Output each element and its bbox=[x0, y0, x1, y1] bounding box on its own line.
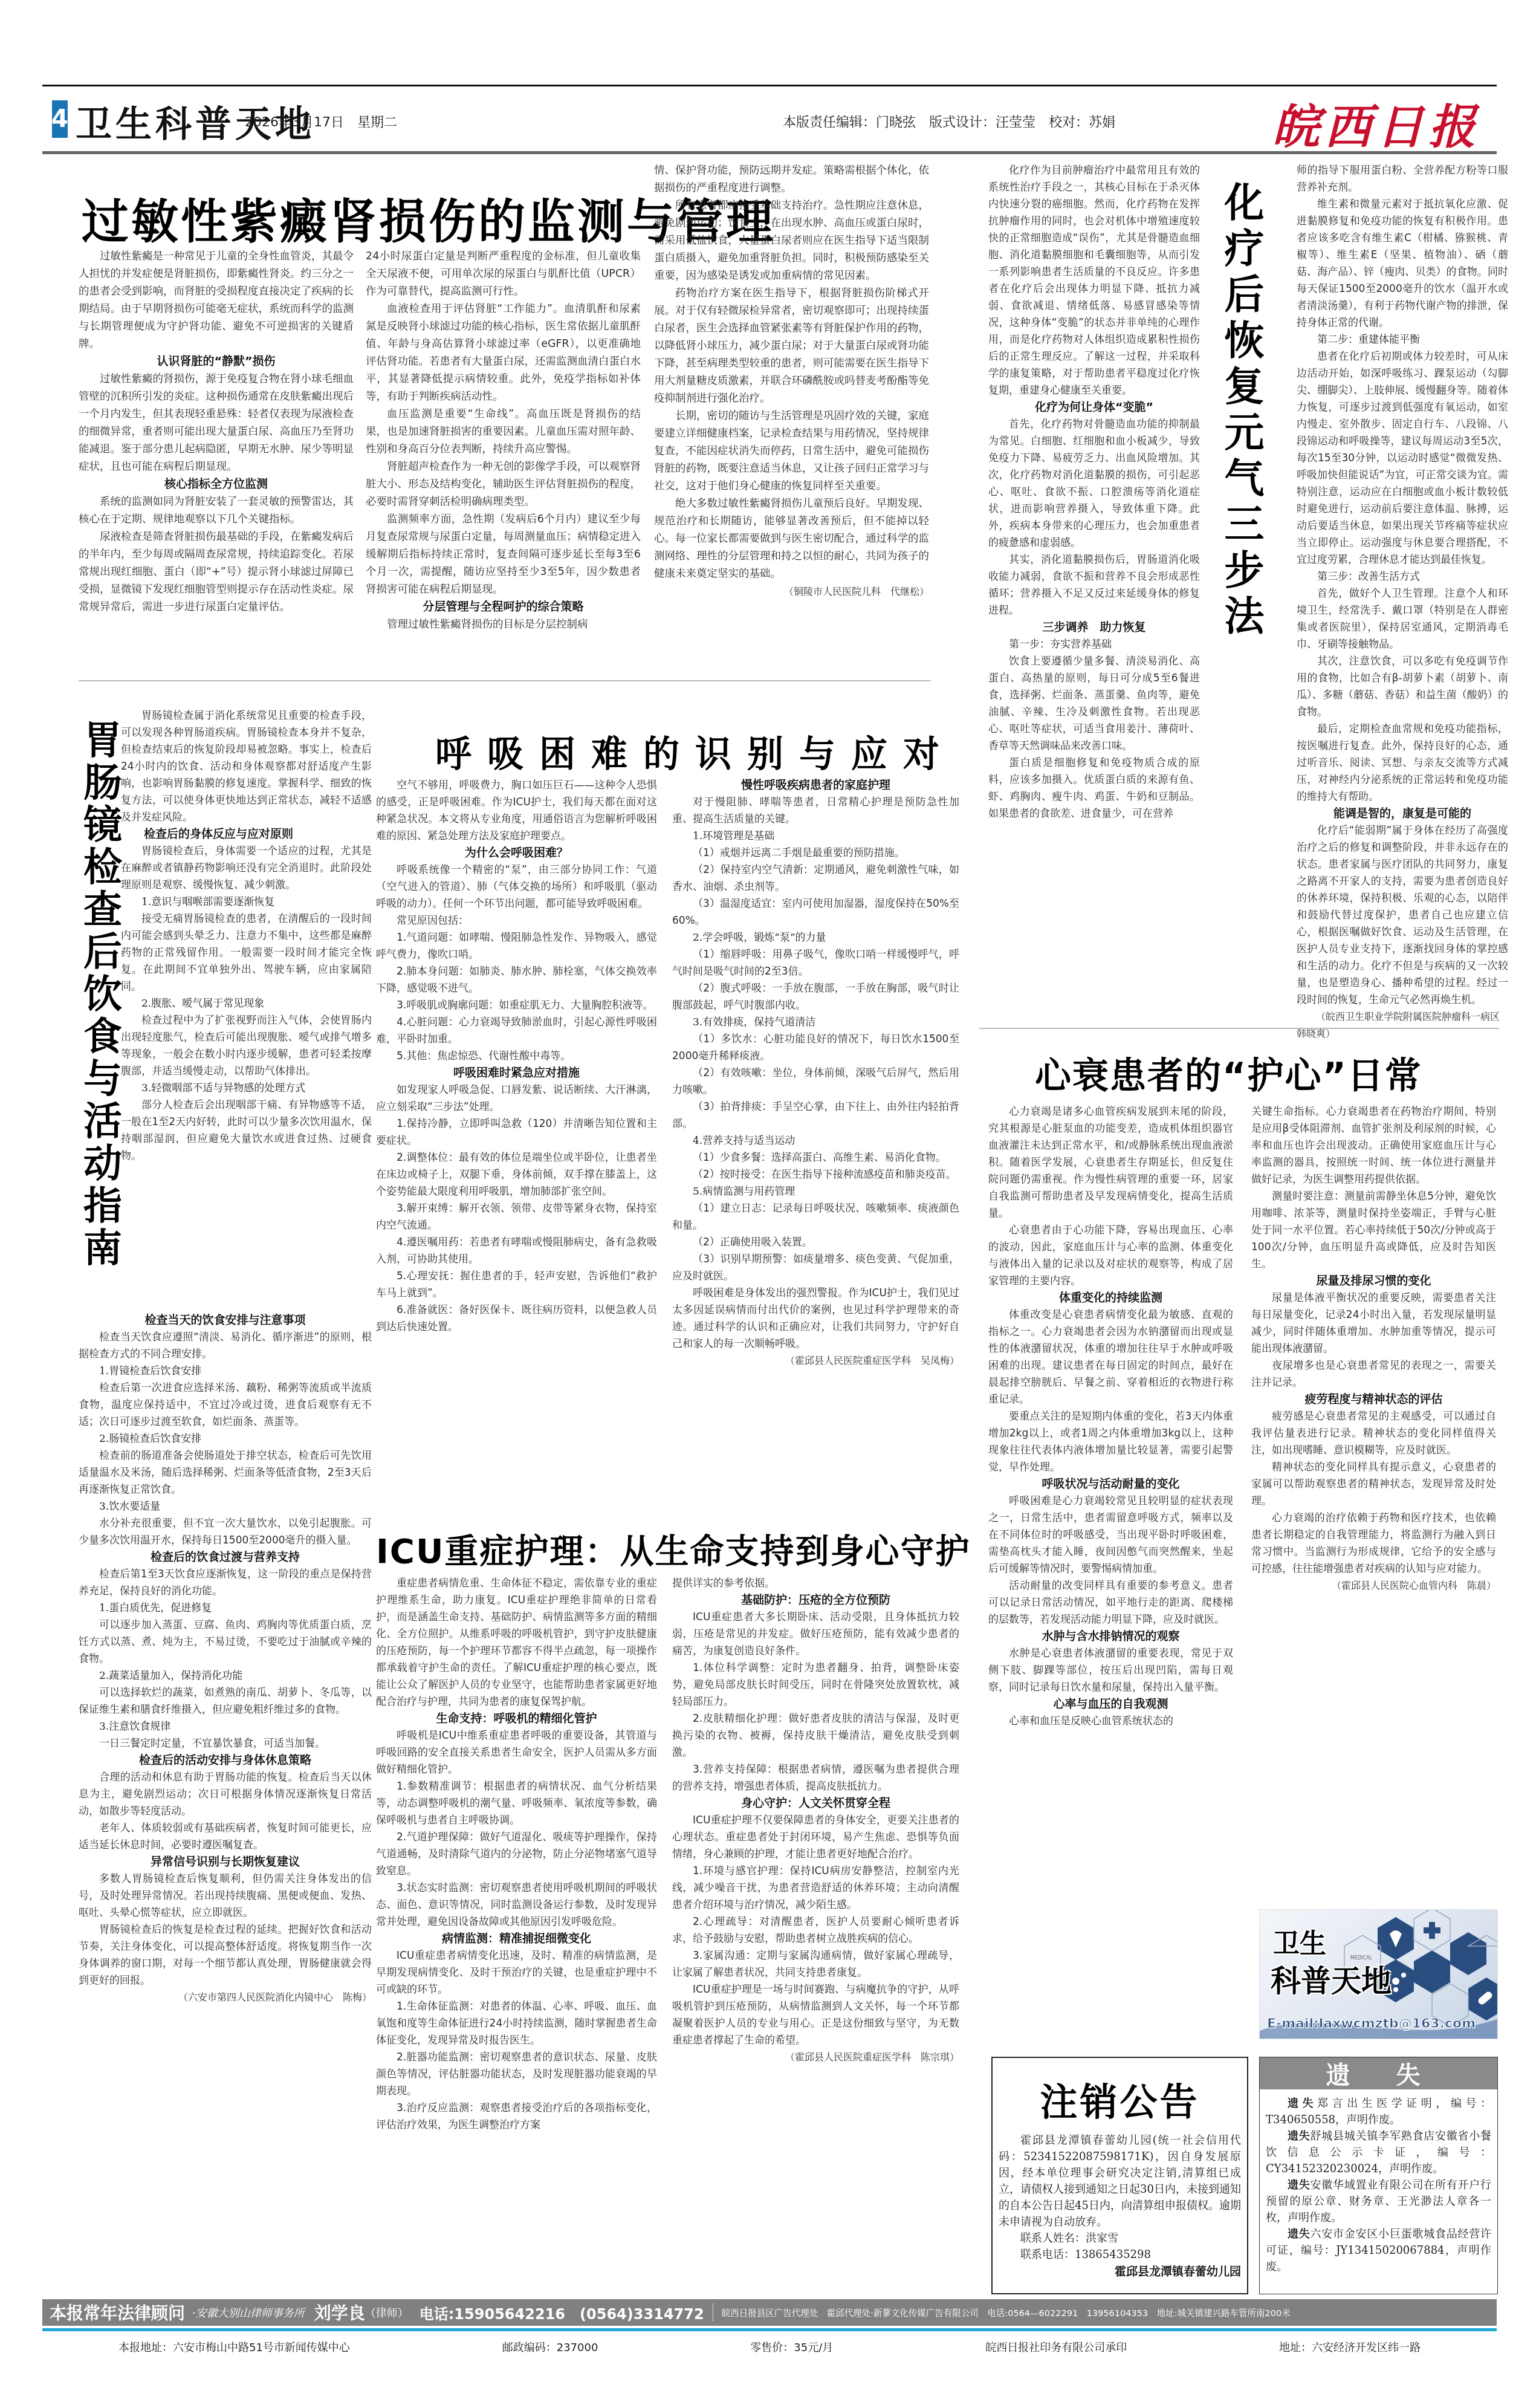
notice-title: 注销公告 bbox=[999, 2072, 1241, 2126]
subheading: 心率与血压的自我观测 bbox=[988, 1696, 1233, 1713]
paragraph: 2.心理疏导：对清醒患者，医护人员要耐心倾听患者诉求，给予鼓励与安慰，帮助患者树… bbox=[672, 1913, 959, 1947]
paragraph: 化疗作为目前肿瘤治疗中最常用且有效的系统性治疗手段之一，其核心目标在于杀灭体内快… bbox=[988, 162, 1200, 399]
byline: （铜陵市人民医院儿科 代继松） bbox=[654, 583, 929, 600]
subheading: 认识肾脏的“静默”损伤 bbox=[79, 353, 354, 371]
article3-body-lower: 检查当天的饮食安排与注意事项 检查当天饮食应遵照“清淡、易消化、循序渐进”的原则… bbox=[79, 1312, 372, 2006]
paragraph: （2）按时接受：在医生指导下接种流感疫苗和肺炎疫苗。 bbox=[672, 1166, 959, 1183]
footer-price: 零售价：35元/月 bbox=[750, 2339, 833, 2355]
step-heading: 3.有效排痰，保持气道清洁 bbox=[672, 1014, 959, 1031]
step-heading: 1.意识与咽喉部需要逐渐恢复 bbox=[121, 894, 372, 910]
byline: （霍邱县人民医院重症医学科 陈宗琪） bbox=[672, 2049, 959, 2066]
section-divider bbox=[979, 1028, 1499, 1029]
paragraph: 一日三餐定时定量，不宜暴饮暴食，可适当加餐。 bbox=[79, 1735, 372, 1752]
footer-info-row: 本报地址：六安市梅山中路51号市新闻传媒中心 邮政编码：237000 零售价：3… bbox=[42, 2335, 1497, 2359]
byline: （皖西卫生职业学院附属医院肿瘤科一病区 韩晓爽） bbox=[1297, 1008, 1508, 1042]
step-heading: 2.肠镜检查后饮食安排 bbox=[79, 1430, 372, 1447]
paragraph: 水肿是心衰患者体液潴留的重要表现，常见于双侧下肢、脚踝等部位，按压后出现凹陷，需… bbox=[988, 1645, 1233, 1696]
article6-col1: 心力衰竭是诸多心血管疾病发展到末尾的阶段，究其根源是心脏泵血的功能变差，造成机体… bbox=[988, 1103, 1233, 1730]
paragraph: 可以选择软烂的蔬菜，如煮熟的南瓜、胡萝卜、冬瓜等，以保证维生素和膳食纤维摄入，但… bbox=[79, 1684, 372, 1718]
notice-signature: 霍邱县龙潭镇春蕾幼儿园 bbox=[999, 2263, 1241, 2281]
step-heading: 1.胃镜检查后饮食安排 bbox=[79, 1363, 372, 1380]
paragraph: （2）保持室内空气清新：定期通风，避免刺激性气味，如香水、油烟、杀虫剂等。 bbox=[672, 862, 959, 895]
subheading: 三步调养 助力恢复 bbox=[988, 619, 1200, 636]
paragraph: 其实，消化道黏膜损伤后，胃肠道消化吸收能力减弱，食欲不振和营养不良会形成恶性循环… bbox=[988, 551, 1200, 619]
lawyer-title: （律师） bbox=[365, 2305, 409, 2320]
paragraph: （2）腹式呼吸：一手放在腹部，一手放在胸部，吸气时让腹部鼓起，呼气时腹部内收。 bbox=[672, 980, 959, 1014]
paragraph: 呼吸系统像一个精密的“泵”，由三部分协同工作：气道（空气进入的管道）、肺（气体交… bbox=[376, 862, 657, 912]
article1-col3-text: 情、保护肾功能，预防远期并发症。策略需根据个体化，依据损伤的严重程度进行调整。 … bbox=[654, 162, 929, 600]
article5-col1: 重症患者病情危重、生命体征不稳定，需依靠专业的重症护理维系生命，助力康复。ICU… bbox=[376, 1575, 657, 2134]
paragraph: 2.皮肤精细化护理：做好患者皮肤的清洁与保湿，及时更换污染的衣物、被褥，保持皮肤… bbox=[672, 1710, 959, 1761]
editorial-credits: 本版责任编辑：门晓弦 版式设计：汪莹莹 校对：苏娟 bbox=[783, 112, 1115, 131]
issue-date: 2026年3月17日星期二 bbox=[245, 112, 397, 131]
paragraph: 夜尿增多也是心衰患者常见的表现之一，需要关注并记录。 bbox=[1251, 1357, 1496, 1391]
lost-lead: 遗失 bbox=[1288, 2097, 1317, 2110]
subheading: 生命支持：呼吸机的精细化管护 bbox=[376, 1710, 657, 1727]
step-heading: 第一步：夯实营养基础 bbox=[988, 636, 1200, 653]
lost-item: 遗失安徽华域置业有限公司在所有开户行预留的原公章、财务章、王光渺法人章各一枚，声… bbox=[1266, 2177, 1491, 2226]
paragraph: 心力衰竭的治疗依赖于药物和医疗技术，也依赖患者长期稳定的自我管理能力，将监测行为… bbox=[1251, 1510, 1496, 1577]
paragraph: （3）温湿度适宜：室内可使用加湿器，湿度保持在50%至60%。 bbox=[672, 895, 959, 929]
lost-item: 遗失六安市金安区小巨蛋歌城食品经营许可证，编号：JY13415020067884… bbox=[1266, 2226, 1491, 2275]
paragraph: （1）缩唇呼吸：用鼻子吸气，像吹口哨一样缓慢呼气，呼气时间是吸气时间的2至3倍。 bbox=[672, 946, 959, 980]
paragraph: 空气不够用，呼吸费力，胸口如压巨石——这种令人恐惧的感受，正是呼吸困难。作为IC… bbox=[376, 777, 657, 845]
paragraph: 心率和血压是反映心血管系统状态的 bbox=[988, 1713, 1233, 1730]
paragraph: 系统的监测如同为肾脏安装了一套灵敏的预警雷达，其核心在于定期、规律地观察以下几个… bbox=[79, 493, 354, 528]
paragraph: 对于慢阻肺、哮喘等患者，日常精心护理是预防急性加重、提高生活质量的关键。 bbox=[672, 794, 959, 828]
subheading: 化疗为何让身体“变脆” bbox=[988, 399, 1200, 416]
paragraph: 接受无痛胃肠镜检查的患者，在清醒后的一段时间内可能会感到头晕乏力、注意力不集中，… bbox=[121, 910, 372, 995]
legal-phone: 电话:15905642216 (0564)3314772 bbox=[420, 2302, 704, 2323]
paragraph: 过敏性紫癜的肾损伤，源于免疫复合物在肾小球毛细血管壁的沉积所引发的炎症。这种损伤… bbox=[79, 371, 354, 476]
paragraph: 血压监测是重要“生命线”。高血压既是肾损伤的结果，也是加速肾脏损害的重要因素。儿… bbox=[366, 406, 641, 458]
value: 13865435298 bbox=[1075, 2248, 1151, 2261]
paragraph: 胃肠镜检查后，身体需要一个适应的过程，尤其是在麻醉或者镇静药物影响还没有完全消退… bbox=[121, 843, 372, 894]
paragraph: ICU重症护理不仅要保障患者的身体安全，更要关注患者的心理状态。重症患者处于封闭… bbox=[672, 1812, 959, 1863]
article4-col2: 慢性呼吸疾病患者的家庭护理 对于慢阻肺、哮喘等患者，日常精心护理是预防急性加重、… bbox=[672, 777, 959, 1369]
paragraph: 如发现家人呼吸急促、口唇发紫、说话断续、大汗淋漓，应立刻采取“三步法”处理。 bbox=[376, 1082, 657, 1115]
paragraph: 心衰患者由于心功能下降，容易出现血压、心率的波动，因此，家庭血压计与心率的监测、… bbox=[988, 1222, 1233, 1290]
subheading: 身心守护：人文关怀贯穿全程 bbox=[672, 1795, 959, 1812]
paragraph: 患者在化疗后初期或体力较差时，可从床边活动开始，如深呼吸练习、踝泵运动（勾脚尖、… bbox=[1297, 348, 1508, 568]
paragraph: 活动耐量的改变同样具有重要的参考意义。患者可以记录日常活动情况，如平地行走的距离… bbox=[988, 1577, 1233, 1628]
subheading: 疲劳程度与精神状态的评估 bbox=[1251, 1391, 1496, 1408]
paragraph: 测量时要注意：测量前需静坐休息5分钟，避免饮用咖啡、浓茶等，测量时保持坐姿端正，… bbox=[1251, 1188, 1496, 1273]
paragraph: （3）识别早期预警：如痰量增多、痰色变黄、气促加重，应及时就医。 bbox=[672, 1251, 959, 1285]
subheading: 能调是智的，康复是可能的 bbox=[1297, 805, 1508, 822]
subheading: 检查当天的饮食安排与注意事项 bbox=[79, 1312, 372, 1329]
lost-items-notice: 遗 失 遗失郑言出生医学证明，编号：T340650558，声明作废。 遗失舒城县… bbox=[1259, 2057, 1498, 2294]
paragraph: 检查前的肠道准备会使肠道处于排空状态，检查后可先饮用适量温水及米汤，随后选择稀粥… bbox=[79, 1447, 372, 1498]
paragraph: （3）拍背排痰：手呈空心掌，由下往上、由外往内轻拍背部。 bbox=[672, 1099, 959, 1132]
subheading: 为什么会呼吸困难？ bbox=[376, 845, 657, 862]
paragraph: （2）有效咳嗽：坐位，身体前倾，深吸气后屏气，然后用力咳嗽。 bbox=[672, 1065, 959, 1099]
promo-email[interactable]: E-mail:laxwcmztb@163.com bbox=[1267, 2016, 1476, 2031]
subheading: 检查后的身体反应与应对原则 bbox=[121, 826, 372, 843]
paragraph: 2.肺本身问题：如肺炎、肺水肿、肺栓塞，气体交换效率下降，感觉吸不进气。 bbox=[376, 963, 657, 997]
article3-body: 胃肠镜检查属于消化系统常见且重要的检查手段，可以发现各种胃肠道疾病。胃肠镜检查本… bbox=[121, 707, 372, 1164]
article2-col2: 师的指导下服用蛋白粉、全营养配方粉等口服营养补充剂。 维生素和微量元素对于抵抗氧… bbox=[1297, 162, 1508, 1042]
legal-advisor-bar: 本报常年法律顾问 ·安徽大别山律师事务所 刘学良 （律师） 电话:1590564… bbox=[42, 2299, 1497, 2326]
paragraph: 疲劳感是心衰患者常见的主观感受，可以通过自我评估量表进行记录。精神状态的变化同样… bbox=[1251, 1408, 1496, 1459]
paragraph: 检查后第一次进食应选择米汤、藕粉、稀粥等流质或半流质食物，温度应保持适中，不宜过… bbox=[79, 1380, 372, 1430]
article1-col2: 24小时尿蛋白定量是判断严重程度的金标准，但儿童收集全天尿液不便，可用单次尿的尿… bbox=[366, 248, 641, 634]
footer-printer-address: 地址：六安经济开发区纬一路 bbox=[1279, 2339, 1421, 2355]
lost-lead: 遗失 bbox=[1288, 2179, 1311, 2192]
section-promo-banner: MEDICAL 卫生 科普天地 E-mail:laxwcmztb@163.com bbox=[1259, 1909, 1498, 2039]
paragraph: 胃肠镜检查属于消化系统常见且重要的检查手段，可以发现各种胃肠道疾病。胃肠镜检查本… bbox=[121, 707, 372, 826]
article3-title: 胃肠镜检查后饮食与活动指南 bbox=[71, 719, 127, 1384]
bar-separator bbox=[713, 2303, 713, 2322]
byline: （霍邱县人民医院心血管内科 陈晨） bbox=[1251, 1577, 1496, 1594]
subheading: 尿量及排尿习惯的变化 bbox=[1251, 1273, 1496, 1290]
subheading: 体重变化的持续监测 bbox=[988, 1290, 1233, 1306]
masthead-top-rule bbox=[42, 85, 1497, 86]
subheading: 水肿与含水排钠情况的观察 bbox=[988, 1628, 1233, 1645]
paragraph: 3.解开束缚：解开衣领、领带、皮带等紧身衣物，保持室内空气流通。 bbox=[376, 1200, 657, 1234]
step-heading: 3.轻微咽部不适与异物感的处理方式 bbox=[121, 1080, 372, 1097]
paragraph: 重症患者病情危重、生命体征不稳定，需依靠专业的重症护理维系生命，助力康复。ICU… bbox=[376, 1575, 657, 1710]
paragraph: 管理过敏性紫癜肾损伤的目标是分层控制病 bbox=[366, 616, 641, 634]
subheading: 检查后的活动安排与身体休息策略 bbox=[79, 1752, 372, 1769]
paragraph: 检查当天饮食应遵照“清淡、易消化、循序渐进”的原则，根据检查方式的不同合理安排。 bbox=[79, 1329, 372, 1363]
subheading: 基础防护：压疮的全方位预防 bbox=[672, 1592, 959, 1609]
paragraph: 尿液检查是筛查肾脏损伤最基础的手段，在紫癜发病后的半年内，至少每周或隔周查尿常规… bbox=[79, 528, 354, 616]
newspaper-logo: 皖西日报 bbox=[1272, 89, 1480, 157]
subheading: 慢性呼吸疾病患者的家庭护理 bbox=[672, 777, 959, 794]
page-number-badge: 4 bbox=[52, 100, 68, 138]
paragraph: 5.心理安抚：握住患者的手，轻声安慰，告诉他们“救护车马上就到”。 bbox=[376, 1268, 657, 1302]
article2-title: 化疗后恢复元气三步法 bbox=[1212, 181, 1269, 665]
paragraph: 4.遵医嘱用药：若患者有哮喘或慢阻肺病史，备有急救吸入剂，可协助其使用。 bbox=[376, 1234, 657, 1268]
subheading: 病情监测：精准捕捉细微变化 bbox=[376, 1930, 657, 1947]
paragraph: 1.环境与感官护理：保持ICU病房安静整洁，控制室内光线，减少噪音干扰，为患者营… bbox=[672, 1863, 959, 1913]
lost-item: 遗失舒城县城关镇李军熟食店安徽省小餐饮信息公示卡证，编号：CY341523202… bbox=[1266, 2128, 1491, 2177]
value: 洪家雪 bbox=[1086, 2232, 1118, 2245]
paragraph: 关键生命指标。心力衰竭患者在药物治疗期间，特别是应用β受体阻滞剂、血管扩张剂及利… bbox=[1251, 1103, 1496, 1188]
paragraph: 老年人、体质较弱或有基础疾病者，恢复时间可能更长，应适当延长休息时间，必要时遵医… bbox=[79, 1820, 372, 1854]
paragraph: 2.气道护理保障：做好气道湿化、吸痰等护理操作，保持气道通畅，及时清除气道内的分… bbox=[376, 1829, 657, 1880]
article1-col1: 过敏性紫癜是一种常见于儿童的全身性血管炎，其最令人担忧的并发症便是肾脏损伤，即紫… bbox=[79, 248, 354, 616]
paragraph: 其次，注意饮食，可以多吃有免疫调节作用的食物，比如合有β-胡萝卜素（胡萝卜、南瓜… bbox=[1297, 653, 1508, 721]
article4-title: 呼吸困难的识别与应对 bbox=[435, 725, 955, 777]
step-heading: 2.学会呼吸，锻炼“泵”的力量 bbox=[672, 929, 959, 946]
step-heading: 3.注意饮食规律 bbox=[79, 1718, 372, 1735]
paragraph: 6.准备就医：备好医保卡、既往病历资料，以便急救人员到达后快速处置。 bbox=[376, 1302, 657, 1335]
weekday-text: 星期二 bbox=[357, 115, 397, 130]
paragraph: 长期，密切的随访与生活管理是巩固疗效的关键，家庭要建立详细健康档案，记录检查结果… bbox=[654, 407, 929, 495]
paragraph: 血液检查用于评估肾脏“工作能力”。血清肌酐和尿素氮是反映肾小球滤过功能的核心指标… bbox=[366, 300, 641, 406]
step-heading: 3.饮水要适量 bbox=[79, 1498, 372, 1515]
paragraph: 呼吸困难是身体发出的强烈警报。作为ICU护士，我们见过太多因延误病情而付出代价的… bbox=[672, 1285, 959, 1352]
paragraph: 检查后第1至3天饮食应逐渐恢复，这一阶段的重点是保持营养充足，保持良好的消化功能… bbox=[79, 1566, 372, 1600]
paragraph: ICU重症护理是一场与时间赛跑、与病魔抗争的守护，从呼吸机管护到压疮预防，从病情… bbox=[672, 1981, 959, 2049]
lost-lead: 遗失 bbox=[1288, 2228, 1311, 2241]
paragraph: 1.参数精准调节：根据患者的病情状况、血气分析结果等，动态调整呼吸机的潮气量、呼… bbox=[376, 1778, 657, 1829]
article6-title: 心衰患者的“护心”日常 bbox=[1035, 1047, 1422, 1099]
paragraph: 蛋白质是细胞修复和免疫物质合成的原料，应该多加摄入。优质蛋白质的来源有鱼、虾、鸡… bbox=[988, 755, 1200, 822]
paragraph: （1）建立日志：记录每日呼吸状况、咳嗽频率、痰液颜色和量。 bbox=[672, 1200, 959, 1234]
subheading: 呼吸状况与活动耐量的变化 bbox=[988, 1476, 1233, 1493]
promo-title-line2: 科普天地 bbox=[1271, 1957, 1392, 2001]
paragraph: 师的指导下服用蛋白粉、全营养配方粉等口服营养补充剂。 bbox=[1297, 162, 1508, 196]
paragraph: 1.气道问题：如哮喘、慢阻肺急性发作、异物吸入，感觉呼气费力，像吹口哨。 bbox=[376, 929, 657, 963]
notice-title: 遗 失 bbox=[1326, 2056, 1431, 2091]
paragraph: 化疗后“能弱期”属于身体在经历了高强度治疗之后的修复和调整阶段，并非永远存在的状… bbox=[1297, 822, 1508, 1008]
label: 联系电话： bbox=[1020, 2248, 1075, 2261]
lost-item: 遗失郑言出生医学证明，编号：T340650558，声明作废。 bbox=[1266, 2095, 1491, 2128]
paragraph: 2.调整体位：最有效的体位是端坐位或半卧位，让患者坐在床边或椅子上，双腿下垂，身… bbox=[376, 1149, 657, 1200]
paragraph: （1）多饮水：心脏功能良好的情况下，每日饮水1500至2000毫升稀释痰液。 bbox=[672, 1031, 959, 1065]
page-number: 4 bbox=[51, 105, 68, 133]
paragraph: 肾脏超声检查作为一种无创的影像学手段，可以观察肾脏大小、形态及结构变化，辅助医生… bbox=[366, 458, 641, 511]
paragraph: 3.家属沟通：定期与家属沟通病情，做好家属心理疏导，让家属了解患者状况，共同支持… bbox=[672, 1947, 959, 1981]
paragraph: ICU重症患者病情变化迅速，及时、精准的病情监测，是早期发现病情变化、及时干预治… bbox=[376, 1947, 657, 1998]
paragraph: 要重点关注的是短期内体重的变化，若3天内体重增加2kg以上，或者1周之内体重增加… bbox=[988, 1408, 1233, 1476]
subheading: 检查后的饮食过渡与营养支持 bbox=[79, 1549, 372, 1566]
paragraph: 所有患者都应接受基础支持治疗。急性期应注意休息，避免剧烈运动；饮食上，在出现水肿… bbox=[654, 197, 929, 285]
paragraph: （1）戒烟并远离二手烟是最重要的预防措施。 bbox=[672, 845, 959, 862]
paragraph: 维生素和微量元素对于抵抗氧化应激、促进黏膜修复和免疫功能的恢复有积极作用。患者应… bbox=[1297, 196, 1508, 331]
paragraph: 体重改变是心衰患者病情变化最为敏感、直观的指标之一。心力衰竭患者会因为水钠潴留而… bbox=[988, 1306, 1233, 1408]
lawyer-name: 刘学良 bbox=[314, 2300, 365, 2325]
paragraph: 3.治疗反应监测：观察患者接受治疗后的各项指标变化，评估治疗效果，为医生调整治疗… bbox=[376, 2100, 657, 2134]
paragraph: 1.生命体征监测：对患者的体温、心率、呼吸、血压、血氧饱和度等生命体征进行24小… bbox=[376, 1998, 657, 2049]
paragraph: 4.心脏问题：心力衰竭导致肺淤血时，引起心源性呼吸困难，平卧时加重。 bbox=[376, 1014, 657, 1048]
step-heading: 第二步：重建体能平衡 bbox=[1297, 331, 1508, 348]
step-heading: 1.环境管理是基础 bbox=[672, 828, 959, 845]
paragraph: 部分人检查后会出现咽部干痛、有异物感等不适，一般在1至2天内好转，此时可以少量多… bbox=[121, 1097, 372, 1164]
subheading: 核心指标全方位监测 bbox=[79, 476, 354, 493]
article5-title: ICU重症护理：从生命支持到身心守护 bbox=[376, 1525, 970, 1573]
paragraph: 提供详实的参考依据。 bbox=[672, 1575, 959, 1592]
paragraph: 合理的活动和休息有助于胃肠功能的恢复。检查后当天以休息为主，避免剧烈运动；次日可… bbox=[79, 1769, 372, 1820]
paragraph: 可以逐步加入蒸蛋、豆腐、鱼肉、鸡胸肉等优质蛋白质，烹饪方式以蒸、煮、炖为主，不易… bbox=[79, 1617, 372, 1667]
footer-postcode: 邮政编码：237000 bbox=[502, 2339, 598, 2355]
paragraph: 3.营养支持保障：根据患者病情，遵医嘱为患者提供合理的营养支持，增强患者体质，提… bbox=[672, 1761, 959, 1795]
law-firm: ·安徽大别山律师事务所 bbox=[192, 2305, 305, 2320]
date-text: 2026年3月17日 bbox=[245, 115, 344, 130]
paragraph: 情、保护肾功能，预防远期并发症。策略需根据个体化，依据损伤的严重程度进行调整。 bbox=[654, 162, 929, 197]
paragraph: 多数人胃肠镜检查后恢复顺利，但仍需关注身体发出的信号，及时处理异常情况。若出现持… bbox=[79, 1871, 372, 1921]
paragraph: 常见原因包括： bbox=[376, 912, 657, 929]
paragraph: 药物治疗方案在医生指导下，根据肾脏损伤阶梯式开展。对于仅有轻微尿检异常者，密切观… bbox=[654, 285, 929, 407]
step-heading: 1.蛋白质优先，促进修复 bbox=[79, 1600, 372, 1617]
byline: （六安市第四人民医院消化内镜中心 陈梅） bbox=[79, 1989, 372, 2006]
paragraph: 3.状态实时监测：密切观察患者使用呼吸机期间的呼吸状态、面色、意识等情况，同时监… bbox=[376, 1880, 657, 1930]
paragraph: 最后，定期检查血常规和免疫功能指标，按医嘱进行复查。此外，保持良好的心态，通过听… bbox=[1297, 721, 1508, 805]
paragraph: 心力衰竭是诸多心血管疾病发展到末尾的阶段，究其根源是心脏泵血的功能变差，造成机体… bbox=[988, 1103, 1233, 1222]
contact-phone: 联系电话：13865435298 bbox=[999, 2247, 1241, 2263]
footer-printer: 皖西日报社印务有限公司承印 bbox=[985, 2339, 1127, 2355]
paragraph: 首先，化疗药物对骨髓造血功能的抑制最为常见。白细胞、红细胞和血小板减少，导致免疫… bbox=[988, 416, 1200, 551]
paragraph: 3.呼吸肌或胸廓问题：如重症肌无力、大量胸腔积液等。 bbox=[376, 997, 657, 1014]
paragraph: ICU重症患者大多长期卧床、活动受限，且身体抵抗力较弱，压疮是常见的并发症。做好… bbox=[672, 1609, 959, 1660]
notice-header: 遗 失 bbox=[1260, 2057, 1497, 2089]
paragraph: 5.其他：焦虑惊恐、代谢性酸中毒等。 bbox=[376, 1048, 657, 1065]
paragraph: 胃肠镜检查后的恢复是检查过程的延续。把握好饮食和活动节奏，关注身体变化，可以提高… bbox=[79, 1921, 372, 1989]
paragraph: 饮食上要遵循少量多餐、清淡易消化、高蛋白、高热量的原则，每日可分成5至6餐进食，… bbox=[988, 653, 1200, 755]
paragraph: 首先，做好个人卫生管理。注意个人和环境卫生，经常洗手、戴口罩（特别是在人群密集或… bbox=[1297, 585, 1508, 653]
paragraph: 呼吸机是ICU中维系重症患者呼吸的重要设备，其管道与呼吸回路的安全直接关系患者生… bbox=[376, 1727, 657, 1778]
paragraph: 监测频率方面，急性期（发病后6个月内）建议至少每月复查尿常规与尿蛋白定量，每周测… bbox=[366, 511, 641, 599]
step-heading: 2.蔬菜适量加入，保持消化功能 bbox=[79, 1667, 372, 1684]
paragraph: 精神状态的变化同样具有提示意义，心衰患者的家属可以帮助观察患者的精神状态，发现异… bbox=[1251, 1459, 1496, 1510]
subheading: 分层管理与全程呵护的综合策略 bbox=[366, 599, 641, 616]
paragraph: 绝大多数过敏性紫癜肾损伤儿童预后良好。早期发现、规范治疗和长期随访，能够显著改善… bbox=[654, 495, 929, 583]
subheading: 呼吸困难时紧急应对措施 bbox=[376, 1065, 657, 1082]
contact-name: 联系人姓名：洪家雪 bbox=[999, 2230, 1241, 2247]
section-divider bbox=[79, 680, 931, 681]
paragraph: 1.保持冷静，立即呼叫急救（120）并清晰告知位置和主要症状。 bbox=[376, 1115, 657, 1149]
byline: （霍邱县人民医院重症医学科 吴凤梅） bbox=[672, 1352, 959, 1369]
paragraph: 过敏性紫癜是一种常见于儿童的全身性血管炎，其最令人担忧的并发症便是肾脏损伤，即紫… bbox=[79, 248, 354, 353]
article4-col1: 空气不够用，呼吸费力，胸口如压巨石——这种令人恐惧的感受，正是呼吸困难。作为IC… bbox=[376, 777, 657, 1335]
article5-col2: 提供详实的参考依据。 基础防护：压疮的全方位预防 ICU重症患者大多长期卧床、活… bbox=[672, 1575, 959, 2066]
paragraph: 1.体位科学调整：定时为患者翻身、拍背，调整卧床姿势，避免局部皮肤长时间受压，同… bbox=[672, 1660, 959, 1710]
paragraph: 2.脏器功能监测：密切观察患者的意识状态、尿量、皮肤颜色等情况，评估脏器功能状态… bbox=[376, 2049, 657, 2100]
step-heading: 4.营养支持与适当运动 bbox=[672, 1132, 959, 1149]
paragraph: 24小时尿蛋白定量是判断严重程度的金标准，但儿童收集全天尿液不便，可用单次尿的尿… bbox=[366, 248, 641, 300]
label: 联系人姓名： bbox=[1020, 2232, 1086, 2245]
notice-body: 霍邱县龙潭镇春蕾幼儿园(统一社会信用代码：52341522087598171K)… bbox=[999, 2132, 1241, 2230]
step-heading: 第三步：改善生活方式 bbox=[1297, 568, 1508, 585]
paragraph: （2）正确使用吸入装置。 bbox=[672, 1234, 959, 1251]
paragraph: 水分补充很重要，但不宜一次大量饮水，以免引起腹胀。可少量多次饮用温开水，保持每日… bbox=[79, 1515, 372, 1549]
ad-agency-info: 皖西日报县区广告代理处 霍邱代理处·新蓼文化传媒广告有限公司 电话:0564—6… bbox=[722, 2306, 1291, 2319]
footer-address: 本报地址：六安市梅山中路51号市新闻传媒中心 bbox=[118, 2339, 350, 2355]
article6-col2: 关键生命指标。心力衰竭患者在药物治疗期间，特别是应用β受体阻滞剂、血管扩张剂及利… bbox=[1251, 1103, 1496, 1594]
subheading: 异常信号识别与长期恢复建议 bbox=[79, 1854, 372, 1871]
article2-col1: 化疗作为目前肿瘤治疗中最常用且有效的系统性治疗手段之一，其核心目标在于杀灭体内快… bbox=[988, 162, 1200, 822]
step-heading: 2.腹胀、嗳气属于常见现象 bbox=[121, 995, 372, 1012]
paragraph: 呼吸困难是心力衰竭较常见且较明显的症状表现之一，日常生活中，患者需留意呼吸方式，… bbox=[988, 1493, 1233, 1577]
step-heading: 5.病情监测与用药管理 bbox=[672, 1183, 959, 1200]
legal-label: 本报常年法律顾问 bbox=[50, 2300, 185, 2325]
masthead-bottom-rule bbox=[42, 151, 1497, 154]
footer-accent-rule bbox=[42, 2328, 1497, 2331]
paragraph: （1）少食多餐：选择高蛋白、高维生素、易消化食物。 bbox=[672, 1149, 959, 1166]
lost-lead: 遗失 bbox=[1288, 2130, 1311, 2143]
promo-title-line1: 卫生 bbox=[1273, 1922, 1326, 1961]
cancellation-notice: 注销公告 霍邱县龙潭镇春蕾幼儿园(统一社会信用代码：52341522087598… bbox=[991, 2057, 1248, 2294]
paragraph: 尿量是体液平衡状况的重要反映，需要患者关注每日尿量变化，记录24小时出入量，若发… bbox=[1251, 1290, 1496, 1357]
paragraph: 检查过程中为了扩张视野而注入气体，会使胃肠内出现轻度胀气，检查后可能出现腹胀、嗳… bbox=[121, 1012, 372, 1080]
